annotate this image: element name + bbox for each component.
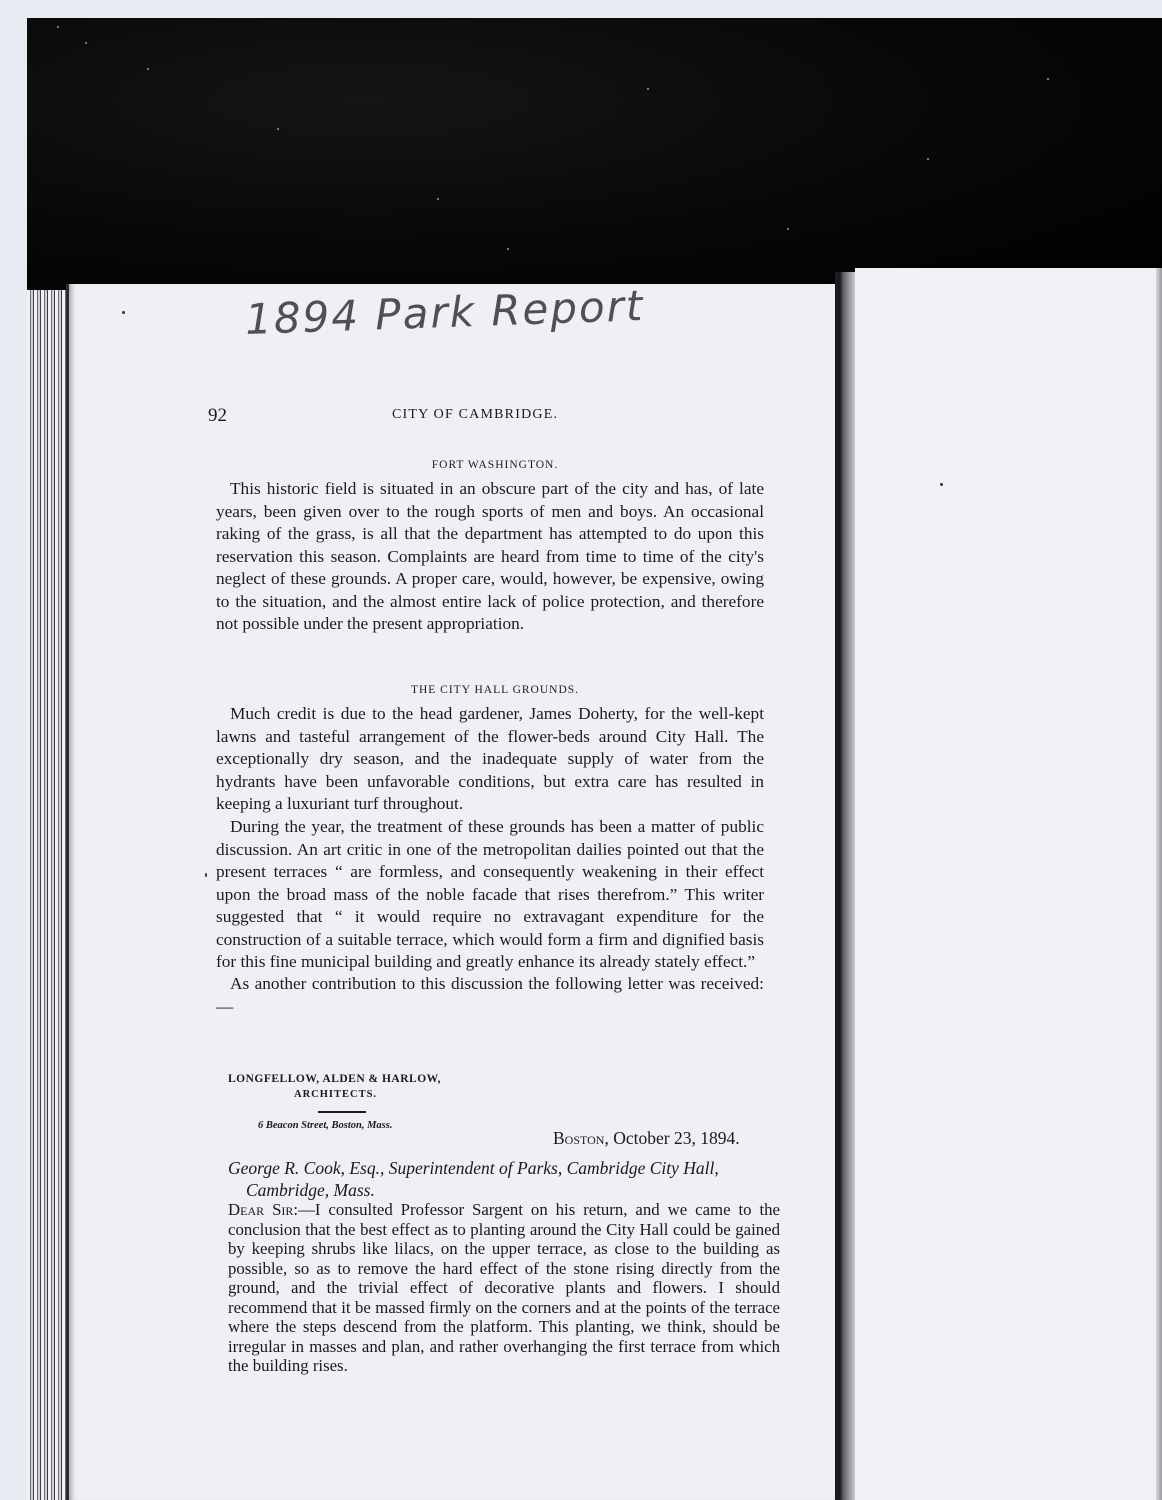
book-gutter <box>835 272 855 1500</box>
letterhead-firm: LONGFELLOW, ALDEN & HARLOW, <box>228 1073 441 1085</box>
scan-border-top <box>0 0 1162 18</box>
scan-speck <box>122 311 125 314</box>
paragraph-fort-washington: This historic field is situated in an ob… <box>216 478 764 636</box>
book-page-edges <box>27 290 67 1500</box>
addressee-line-1: George R. Cook, Esq., Superintendent of … <box>228 1158 719 1178</box>
dateline-date: , October 23, 1894. <box>604 1128 739 1148</box>
page-number: 92 <box>208 405 227 427</box>
letterhead-address: 6 Beacon Street, Boston, Mass. <box>258 1120 392 1131</box>
addressee-line-2: Cambridge, Mass. <box>228 1179 776 1201</box>
letterhead-role: ARCHITECTS. <box>294 1089 377 1100</box>
letterhead-divider <box>318 1111 366 1113</box>
paragraph-city-hall-3: As another contribution to this discussi… <box>216 973 764 1018</box>
section-heading-fort-washington: FORT WASHINGTON. <box>210 459 780 471</box>
paragraph-city-hall-1: Much credit is due to the head gardener,… <box>216 703 764 816</box>
letter-salutation: Dear Sir: <box>228 1200 298 1219</box>
letter-addressee: George R. Cook, Esq., Superintendent of … <box>228 1157 776 1201</box>
letter-body-text: —I consulted Professor Sargent on his re… <box>228 1200 780 1375</box>
letter-dateline: Boston, October 23, 1894. <box>553 1128 740 1149</box>
section-heading-city-hall-grounds: THE CITY HALL GROUNDS. <box>210 684 780 696</box>
paragraph-text: This historic field is situated in an ob… <box>216 479 764 633</box>
paragraph-text: As another contribution to this discussi… <box>216 974 764 1016</box>
running-head: 92 CITY OF CAMBRIDGE. <box>208 405 778 429</box>
scan-speck <box>940 483 943 486</box>
scan-right-edge <box>1156 268 1162 1500</box>
paragraph-text: Much credit is due to the head gardener,… <box>216 704 764 813</box>
running-title: CITY OF CAMBRIDGE. <box>392 407 558 423</box>
dark-scanner-background <box>27 18 1162 293</box>
scan-border-left <box>0 0 27 1500</box>
paragraph-city-hall-2: During the year, the treatment of these … <box>216 816 764 974</box>
dateline-city: Boston <box>553 1128 604 1148</box>
right-page <box>855 268 1162 1500</box>
letter-body: Dear Sir:—I consulted Professor Sargent … <box>228 1200 780 1376</box>
scan-speck <box>205 873 207 877</box>
paragraph-text: During the year, the treatment of these … <box>216 817 764 971</box>
